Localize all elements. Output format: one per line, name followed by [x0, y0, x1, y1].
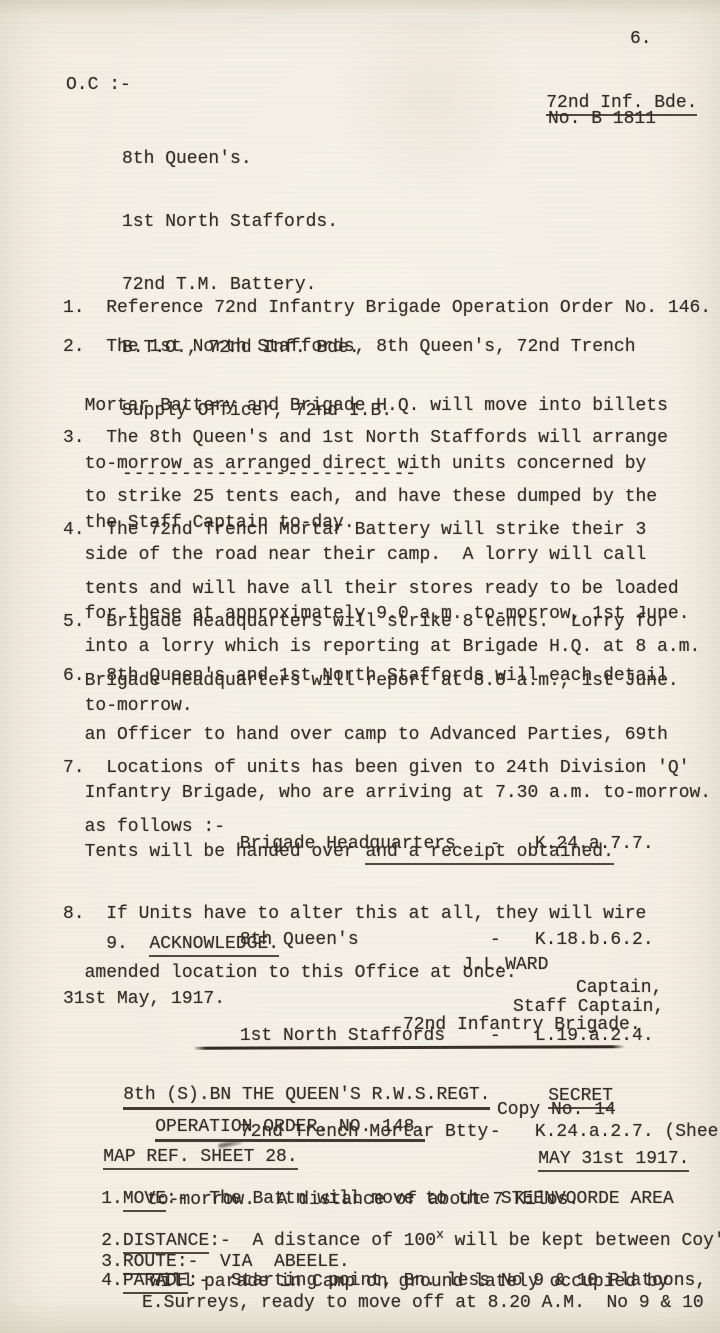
table-row: Brigade Headquarters-K.24.a.7.7.	[175, 816, 720, 873]
order-item-move-line2: to-morrow. A distance of about 7 Kilos.	[147, 1191, 579, 1211]
location-unit: Brigade Headquarters	[240, 835, 490, 854]
paragraph-line: 3. The 8th Queen's and 1st North Staffor…	[63, 429, 690, 449]
reference-number: No. B 1811	[548, 110, 656, 130]
signature-name: J.L.WARD	[462, 956, 548, 976]
paragraph-line: 2. The 1st North Staffords, 8th Queen's,…	[63, 338, 668, 358]
order-item-parade-line3: E.Surreys, ready to move off at 8.20 A.M…	[142, 1294, 704, 1314]
superscript-x: x	[436, 1227, 444, 1242]
addressee-item: 8th Queen's.	[122, 149, 417, 170]
paragraph-number: 9.	[106, 934, 149, 954]
acknowledge-text: ACKNOWLEDGE.	[149, 934, 279, 957]
page-number: 6.	[630, 30, 652, 50]
salutation: O.C :-	[66, 76, 131, 96]
paragraph-line: 4. The 72nd Trench Mortar Battery will s…	[63, 521, 700, 541]
location-dash: -	[490, 835, 535, 854]
scanned-document-page: 6. O.C :- 72nd Inf. Bde. No. B 1811 8th …	[0, 0, 720, 1333]
copy-number: Copy No. 14	[497, 1101, 616, 1121]
location-ref: K.24.a.7.7.	[535, 834, 654, 854]
paragraph-line: 6. 8th Queen's and 1st North Staffords w…	[63, 667, 711, 687]
map-reference-text: MAP REF. SHEET 28.	[103, 1147, 297, 1170]
item-text: will be kept between Coy's.	[444, 1231, 720, 1251]
item-number: 1.	[101, 1189, 123, 1209]
addressee-item: 1st North Staffords.	[122, 212, 417, 233]
document-date: 31st May, 1917.	[63, 990, 225, 1010]
paragraph-9: 9. ACKNOWLEDGE.	[63, 915, 279, 974]
paragraph-line: 7. Locations of units has been given to …	[63, 759, 690, 779]
signature-unit: 72nd Infantry Brigade.	[403, 1016, 641, 1036]
item-number: 4.	[101, 1271, 123, 1291]
order-date-text: MAY 31st 1917.	[538, 1149, 689, 1172]
signature-rank: Captain,	[576, 979, 662, 999]
order-item-parade-line2: will parade in Camp on ground lately occ…	[150, 1273, 668, 1293]
